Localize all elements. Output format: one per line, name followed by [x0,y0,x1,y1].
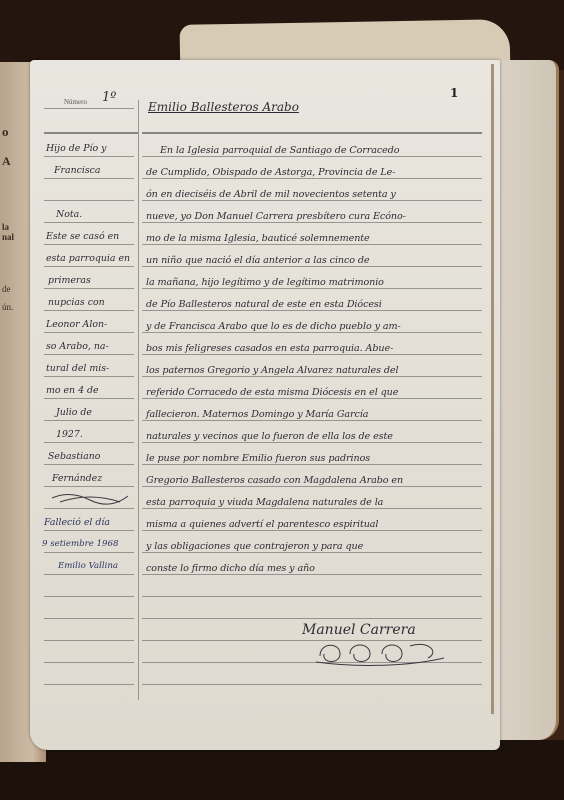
rule-line [142,200,482,201]
margin-rule [44,222,134,223]
signature-rubric-flourish [310,638,450,668]
note-line: mo en 4 de [46,385,99,396]
rule-line [142,376,482,377]
rule-line [142,156,482,157]
record-line: mo de la misma Iglesia, bauticé solemnem… [146,233,370,244]
record-line: nueve, yo Don Manuel Carrera presbítero … [146,211,406,222]
note-line: Julio de [56,407,92,418]
margin-rule [44,200,134,201]
record-line: conste lo firmo dicho día mes y año [146,563,315,574]
register-page: 1 Número 1º Hijo [30,60,500,750]
note-title: Nota. [56,209,82,220]
rule-line [142,288,482,289]
record-line: y las obligaciones que contrajeron y par… [146,541,363,552]
left-page-fragment: o [2,124,9,140]
record-line: Gregorio Ballesteros casado con Magdalen… [146,475,403,486]
left-page-fragment: nal [2,232,14,242]
record-line: bos mis feligreses casados en esta parro… [146,343,393,354]
margin-rule [44,640,134,641]
margin-rule [44,552,134,553]
record-line: referido Corracedo de esta misma Diócesi… [146,387,398,398]
rule-line [142,420,482,421]
left-page-fragment: la [2,222,9,232]
record-line: En la Iglesia parroquial de Santiago de … [160,145,399,156]
rule-line [142,244,482,245]
record-line: le puse por nombre Emilio fueron sus pad… [146,453,370,464]
rule-line [142,486,482,487]
margin-rule [44,618,134,619]
rule-line [142,398,482,399]
margin-rule [44,486,134,487]
note-line: 1927. [56,429,83,440]
margin-rule [44,108,134,109]
note-line: primeras [48,275,91,286]
rule-line [142,508,482,509]
record-line: ón en dieciséis de Abril de mil novecien… [146,189,396,200]
rule-line [142,178,482,179]
note-line: Este se casó en [46,231,119,242]
note-line: Fernández [52,473,102,484]
note-rubric-flourish [50,488,130,508]
record-line: de Pío Ballesteros natural de este en es… [146,299,382,310]
record-line: los paternos Gregorio y Angela Alvarez n… [146,365,398,376]
rule-line [142,464,482,465]
margin-rule [44,132,138,134]
record-line: un niño que nació el día anterior a las … [146,255,370,266]
margin-rule [44,508,134,509]
rule-line [142,574,482,575]
header-rule [142,132,482,134]
number-label: Número [64,98,87,106]
rule-line [142,442,482,443]
margin-rule [44,464,134,465]
rule-line [142,266,482,267]
record-line: de Cumplido, Obispado de Astorga, Provin… [146,167,395,178]
note-line: nupcias con [48,297,105,308]
note-line: Sebastiano [48,451,100,462]
left-page-fragment: de [2,284,11,294]
page-number: 1 [450,86,458,100]
margin-rule [44,442,134,443]
margin-rule [44,156,134,157]
record-line: fallecieron. Maternos Domingo y María Ga… [146,409,368,420]
margin-rule [44,288,134,289]
margin-rule [44,684,134,685]
rule-line [142,354,482,355]
death-note-line: 9 setiembre 1968 [42,539,118,549]
margin-rule [44,310,134,311]
left-page-fragment: ún. [2,302,13,312]
rule-line [142,222,482,223]
note-line: tural del mis- [46,363,109,374]
rule-line [142,684,482,685]
rule-line [142,332,482,333]
margin-rule [44,332,134,333]
record-line: y de Francisca Arabo que lo es de dicho … [146,321,401,332]
margin-rule [44,574,134,575]
margin-rule [44,376,134,377]
margin-parents: Francisca [54,165,101,176]
death-note-signature: Emilio Vallina [58,561,118,571]
page-edge-stain [491,64,494,714]
margin-rule [44,662,134,663]
death-note-line: Falleció el día [44,517,110,528]
record-name-heading: Emilio Ballesteros Arabo [148,100,299,114]
left-page-fragment: A [2,154,11,169]
record-line: la mañana, hijo legítimo y de legítimo m… [146,277,384,288]
priest-signature: Manuel Carrera [302,622,416,638]
entry-number: 1º [102,90,116,105]
margin-rule [44,354,134,355]
margin-rule [44,266,134,267]
rule-line [142,596,482,597]
note-line: Leonor Alon- [46,319,107,330]
record-line: misma a quienes advertí el parentesco es… [146,519,378,530]
record-line: esta parroquia y viuda Magdalena natural… [146,497,383,508]
record-line: naturales y vecinos que lo fueron de ell… [146,431,393,442]
margin-divider [138,100,139,700]
margin-rule [44,530,134,531]
rule-line [142,530,482,531]
note-line: esta parroquia en [46,253,130,264]
rule-line [142,618,482,619]
margin-parents: Hijo de Pío y [46,143,106,154]
margin-rule [44,178,134,179]
margin-rule [44,420,134,421]
margin-rule [44,244,134,245]
rule-line [142,310,482,311]
margin-rule [44,398,134,399]
margin-rule [44,596,134,597]
note-line: so Arabo, na- [46,341,109,352]
rule-line [142,552,482,553]
